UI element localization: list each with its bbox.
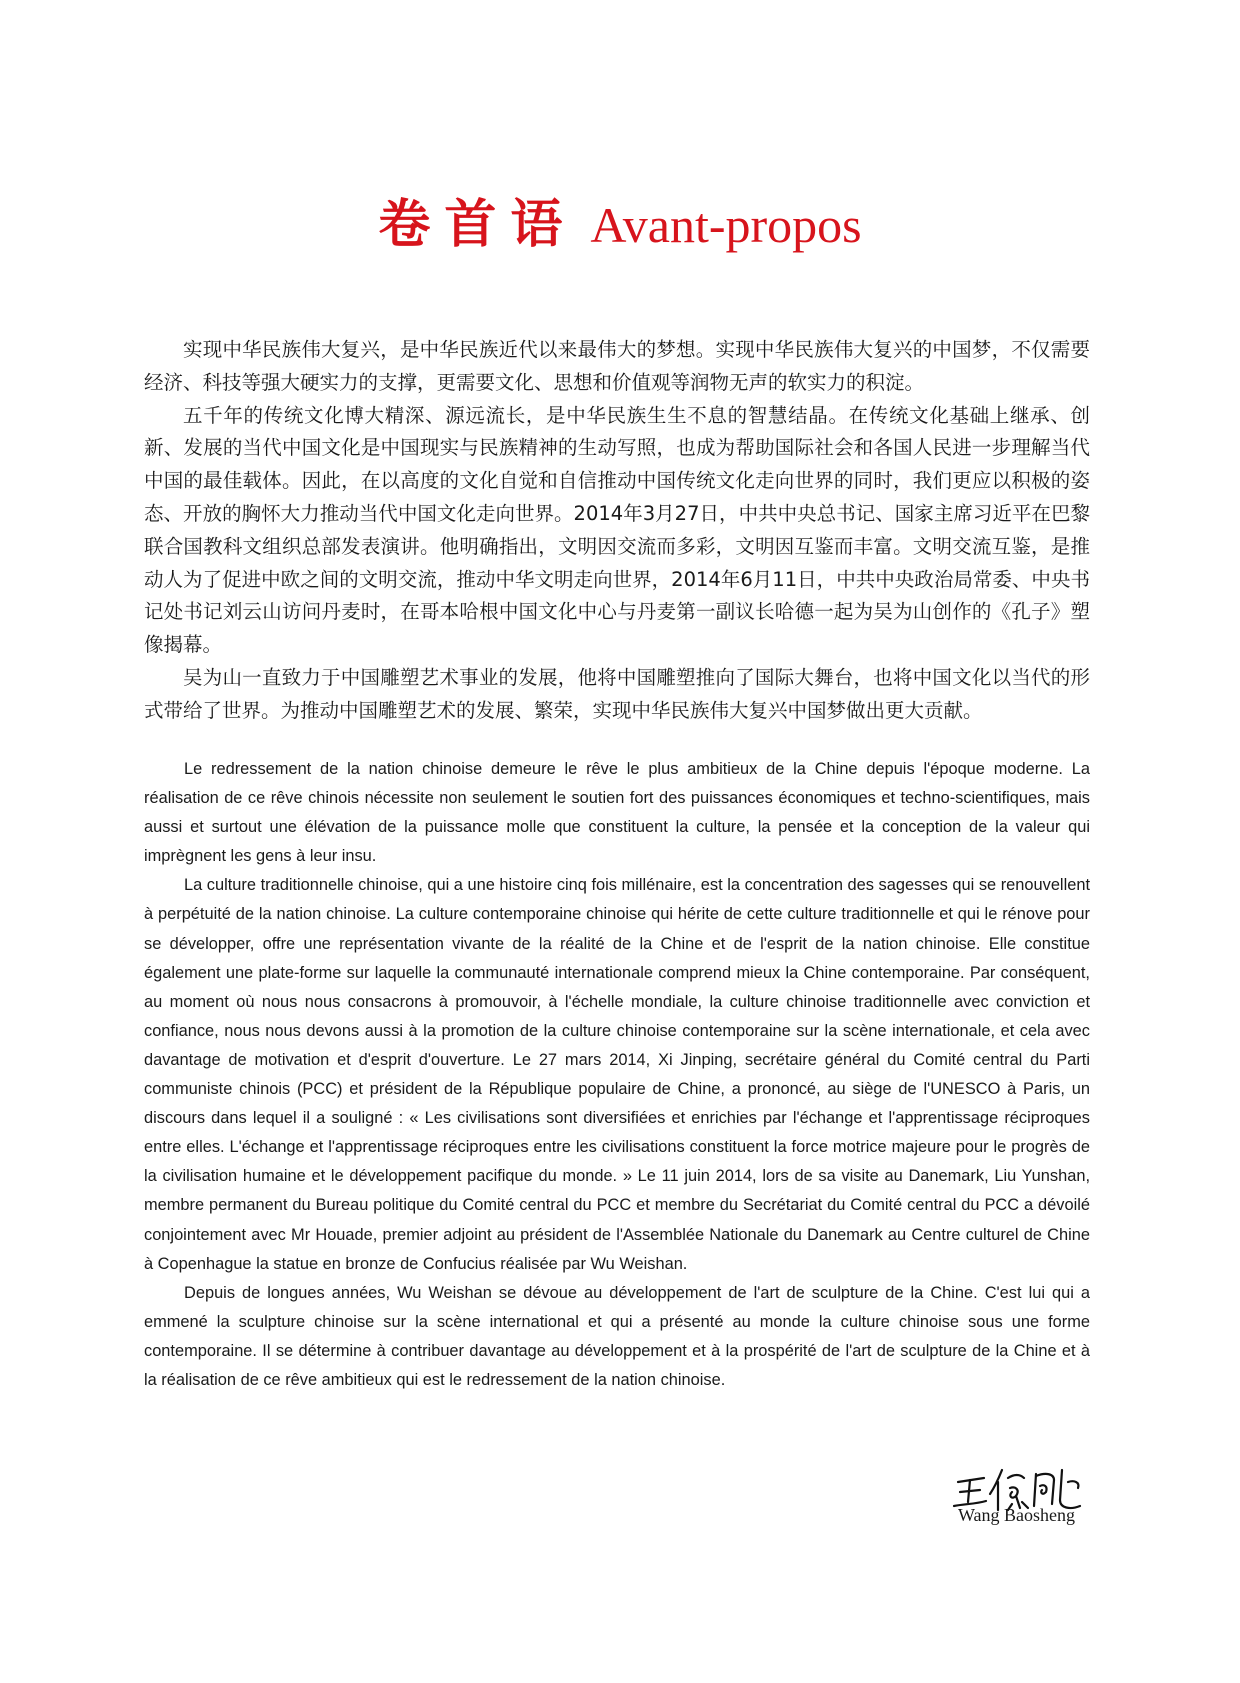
signature-name: Wang Baosheng [958, 1505, 1075, 1526]
chinese-paragraph: 实现中华民族伟大复兴，是中华民族近代以来最伟大的梦想。实现中华民族伟大复兴的中国… [144, 334, 1090, 400]
french-paragraph: Depuis de longues années, Wu Weishan se … [144, 1279, 1090, 1395]
title-chinese: 卷首语 [378, 195, 576, 255]
chinese-text-section: 实现中华民族伟大复兴，是中华民族近代以来最伟大的梦想。实现中华民族伟大复兴的中国… [144, 334, 1090, 728]
title-french: Avant-propos [590, 197, 861, 253]
chinese-paragraph: 五千年的传统文化博大精深、源远流长，是中华民族生生不息的智慧结晶。在传统文化基础… [144, 400, 1090, 662]
french-text-section: Le redressement de la nation chinoise de… [144, 755, 1090, 1395]
chinese-paragraph: 吴为山一直致力于中国雕塑艺术事业的发展，他将中国雕塑推向了国际大舞台，也将中国文… [144, 662, 1090, 728]
french-paragraph: La culture traditionnelle chinoise, qui … [144, 871, 1090, 1278]
french-paragraph: Le redressement de la nation chinoise de… [144, 755, 1090, 871]
page-title: 卷首语Avant-propos [0, 182, 1240, 257]
